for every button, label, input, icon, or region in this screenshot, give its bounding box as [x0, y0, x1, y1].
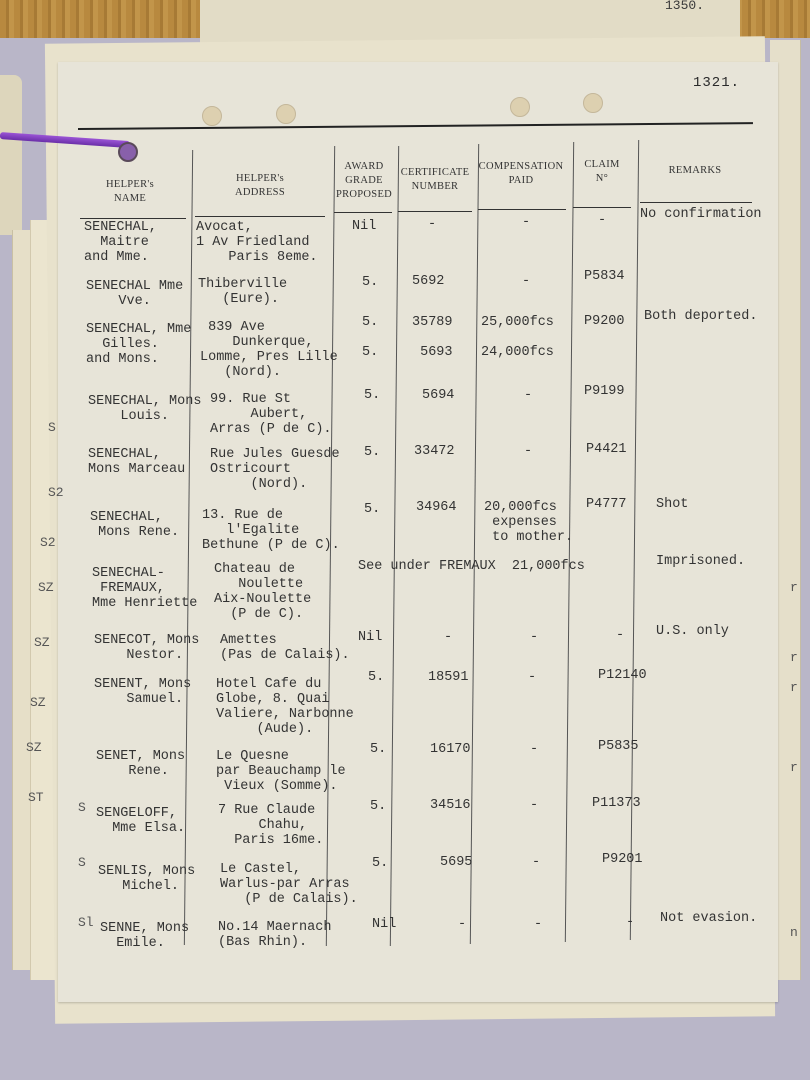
row-compensation: -	[524, 388, 532, 403]
row-compensation: 20,000fcs expenses to mother.	[484, 500, 573, 545]
row-address: 13. Rue de l'Egalite Bethune (P de C).	[202, 508, 340, 553]
row-award: Nil	[372, 917, 396, 932]
row-award: 5.	[364, 388, 380, 403]
row-claim: P5835	[598, 739, 639, 754]
row-name: SENECHAL, Mons Rene.	[90, 510, 179, 540]
header-underline	[195, 216, 325, 217]
row-award: 5.	[368, 670, 384, 685]
row-certificate: 5695	[440, 855, 472, 870]
row-name: SENENT, Mons Samuel.	[94, 677, 191, 707]
row-address: Chateau de Noulette Aix-Noulette (P de C…	[214, 562, 311, 622]
row-compensation: -	[522, 215, 530, 230]
col-header-name: HELPER's NAME	[80, 178, 180, 206]
row-compensation: -	[532, 855, 540, 870]
row-address: Rue Jules Guesde Ostricourt (Nord).	[210, 447, 340, 492]
row-award: Nil	[358, 630, 382, 645]
row-compensation: -	[530, 630, 538, 645]
row-claim: P9199	[584, 384, 625, 399]
row-claim: P9201	[602, 852, 643, 867]
col-header-remarks: REMARKS	[640, 164, 750, 178]
punch-hole	[510, 97, 530, 117]
row-claim: P12140	[598, 668, 647, 683]
row-claim: P4421	[586, 442, 627, 457]
punch-hole	[202, 106, 222, 126]
row-name: SENNE, Mons Emile.	[100, 921, 189, 951]
left-folder-edge	[0, 75, 22, 235]
row-certificate: 34964	[416, 500, 457, 515]
col-header-compensation: COMPENSATION PAID	[474, 160, 568, 188]
punch-hole	[583, 93, 603, 113]
punch-hole	[276, 104, 296, 124]
row-address: Avocat, 1 Av Friedland Paris 8eme.	[196, 220, 318, 265]
row-award: Nil	[352, 219, 376, 234]
row-claim: P5834	[584, 269, 625, 284]
row-claim: P4777	[586, 497, 627, 512]
col-header-certificate: CERTIFICATE NUMBER	[396, 166, 474, 194]
header-underline	[334, 212, 392, 213]
row-address: Le Castel, Warlus-par Arras (P de Calais…	[220, 862, 358, 907]
row-award: 5.	[362, 275, 378, 290]
row-claim: -	[598, 213, 606, 228]
row-address: Hotel Cafe du Globe, 8. Quai Valiere, Na…	[216, 677, 354, 737]
row-certificate: 16170	[430, 742, 471, 757]
header-underline	[640, 202, 752, 203]
row-name: SENET, Mons Rene.	[96, 749, 185, 779]
row-certificate: 34516	[430, 798, 471, 813]
row-remarks: Imprisoned.	[656, 554, 745, 569]
header-underline	[478, 209, 566, 210]
row-remarks: No confirmation	[640, 207, 762, 222]
row-compensation: -	[524, 444, 532, 459]
row-name: SENECOT, Mons Nestor.	[94, 633, 199, 663]
row-compensation: -	[534, 917, 542, 932]
row-claim: -	[626, 915, 634, 930]
row-name: SENLIS, Mons Michel.	[98, 864, 195, 894]
header-underline	[80, 218, 186, 219]
row-award: 5.	[364, 502, 380, 517]
row-compensation: -	[530, 742, 538, 757]
row-remarks: Not evasion.	[660, 911, 757, 926]
row-address: Le Quesne par Beauchamp le Vieux (Somme)…	[216, 749, 346, 794]
row-address: 99. Rue St Aubert, Arras (P de C).	[210, 392, 332, 437]
row-certificate: -	[444, 630, 452, 645]
row-address: No.14 Maernach (Bas Rhin).	[218, 920, 331, 950]
row-name: SENECHAL, Mme Gilles. and Mons.	[86, 322, 191, 367]
row-name: SENECHAL- FREMAUX, Mme Henriette	[92, 566, 197, 611]
row-compensation: -	[528, 670, 536, 685]
col-header-claim: CLAIM N°	[570, 158, 634, 186]
page-number: 1321.	[693, 75, 740, 91]
row-address: 7 Rue Claude Chahu, Paris 16me.	[218, 803, 323, 848]
row-address: Thiberville (Eure).	[198, 277, 287, 307]
row-compensation: 25,000fcs 24,000fcs	[481, 315, 554, 360]
row-name: SENECHAL, Mons Marceau	[88, 447, 185, 477]
row-name: SENECHAL, Mons Louis.	[88, 394, 201, 424]
cord-eyelet	[118, 142, 138, 162]
row-award: 5.	[364, 445, 380, 460]
back-page-number: 1350.	[665, 0, 704, 13]
row-certificate: 18591	[428, 670, 469, 685]
row-remarks: Both deported.	[644, 309, 757, 324]
row-name: SENECHAL Mme Vve.	[86, 279, 183, 309]
row-award: 5.	[372, 856, 388, 871]
row-compensation: -	[530, 798, 538, 813]
row-award: 5. 5.	[362, 315, 378, 360]
row-certificate: 5694	[422, 388, 454, 403]
row-certificate: 35789 5693	[412, 315, 453, 360]
row-claim: P9200	[584, 314, 625, 329]
header-underline	[573, 207, 631, 208]
row-compensation: -	[522, 274, 530, 289]
row-claim: P11373	[592, 796, 641, 811]
row-remarks: Shot	[656, 497, 688, 512]
header-underline	[398, 211, 472, 212]
row-certificate: -	[458, 917, 466, 932]
row-certificate: 33472	[414, 444, 455, 459]
row-span-note: See under FREMAUX 21,000fcs	[358, 559, 585, 574]
row-certificate: -	[428, 217, 436, 232]
row-address: 839 Ave Dunkerque, Lomme, Pres Lille (No…	[200, 320, 338, 380]
row-name: SENGELOFF, Mme Elsa.	[96, 806, 185, 836]
row-claim: -	[616, 628, 624, 643]
col-header-address: HELPER's ADDRESS	[200, 172, 320, 200]
row-award: 5.	[370, 799, 386, 814]
row-address: Amettes (Pas de Calais).	[220, 633, 350, 663]
row-certificate: 5692	[412, 274, 444, 289]
col-header-award: AWARD GRADE PROPOSED	[333, 160, 395, 202]
row-name: SENECHAL, Maitre and Mme.	[84, 220, 157, 265]
row-award: 5.	[370, 742, 386, 757]
row-remarks: U.S. only	[656, 624, 729, 639]
